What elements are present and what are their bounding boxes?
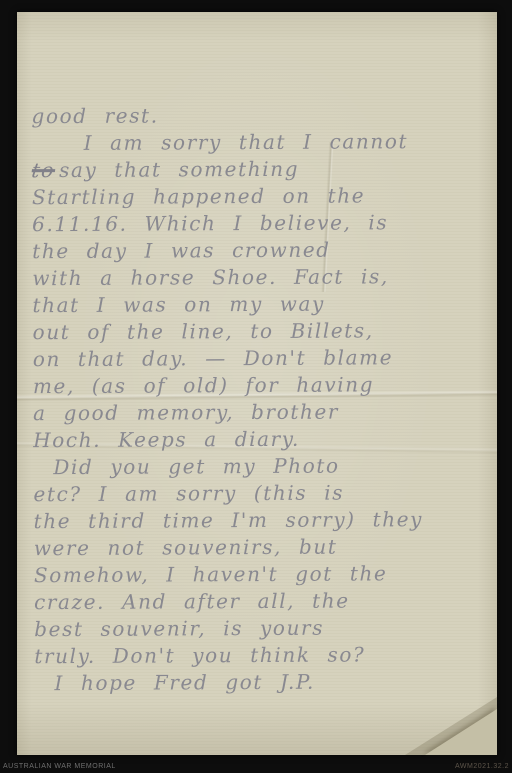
letter-page: good rest. I am sorry that I cannot tosa…: [17, 12, 497, 755]
line-text: out of the line, to Billets,: [33, 318, 374, 344]
line-text: with a horse Shoe. Fact is,: [32, 264, 389, 290]
letter-line: that I was on my way: [32, 290, 484, 319]
folded-corner: [425, 709, 497, 755]
line-text: etc? I am sorry (this is: [33, 481, 344, 507]
line-text: the day I was crowned: [32, 238, 331, 264]
letter-line: a good memory, brother: [33, 398, 485, 427]
line-text: Startling happened on the: [32, 183, 365, 209]
letter-line: the day I was crowned: [32, 236, 484, 265]
letter-line: Did you get my Photo: [33, 452, 485, 481]
letter-line: me, (as of old) for having: [33, 371, 485, 400]
line-text: craze. And after all, the: [34, 589, 350, 615]
line-text: I am sorry that I cannot: [84, 129, 409, 155]
letter-line: Startling happened on the: [32, 182, 484, 211]
letter-line: with a horse Shoe. Fact is,: [32, 263, 484, 292]
line-text: a good memory, brother: [33, 400, 339, 426]
line-text: Somehow, I haven't got the: [34, 561, 388, 587]
line-text: were not souvenirs, but: [34, 535, 338, 561]
letter-line: tosay that something: [32, 155, 484, 184]
line-text: 6.11.16. Which I believe, is: [32, 210, 388, 236]
line-text: I hope Fred got J.P.: [54, 670, 315, 695]
archive-watermark: AUSTRALIAN WAR MEMORIAL: [3, 763, 116, 770]
letter-line: truly. Don't you think so?: [34, 641, 486, 670]
letter-line: craze. And after all, the: [34, 587, 486, 616]
letter-line: etc? I am sorry (this is: [33, 479, 485, 508]
handwritten-text: good rest. I am sorry that I cannot tosa…: [31, 101, 486, 697]
line-text: Hoch. Keeps a diary.: [33, 427, 300, 452]
letter-line: I hope Fred got J.P.: [34, 668, 486, 697]
letter-line: on that day. — Don't blame: [33, 344, 485, 373]
line-text: me, (as of old) for having: [33, 372, 374, 398]
line-text: Did you get my Photo: [53, 454, 339, 479]
line-text: that I was on my way: [32, 292, 325, 318]
letter-line: out of the line, to Billets,: [33, 317, 485, 346]
line-text: say that something: [59, 157, 299, 182]
letter-line: I am sorry that I cannot: [32, 128, 484, 157]
letter-line: 6.11.16. Which I believe, is: [32, 209, 484, 238]
line-text: good rest.: [31, 104, 158, 129]
line-text: the third time I'm sorry) they: [34, 507, 424, 533]
letter-line: the third time I'm sorry) they: [34, 506, 486, 535]
letter-line: Somehow, I haven't got the: [34, 560, 486, 589]
line-text: truly. Don't you think so?: [34, 642, 365, 668]
line-text: best souvenir, is yours: [34, 616, 324, 642]
letter-line: good rest.: [31, 101, 483, 130]
crossed-out-word: to: [30, 157, 57, 184]
letter-line: best souvenir, is yours: [34, 614, 486, 643]
letter-line: Hoch. Keeps a diary.: [33, 425, 485, 454]
catalog-number: AWM2021.32.2: [455, 763, 509, 770]
letter-line: were not souvenirs, but: [34, 533, 486, 562]
line-text: on that day. — Don't blame: [33, 345, 393, 371]
